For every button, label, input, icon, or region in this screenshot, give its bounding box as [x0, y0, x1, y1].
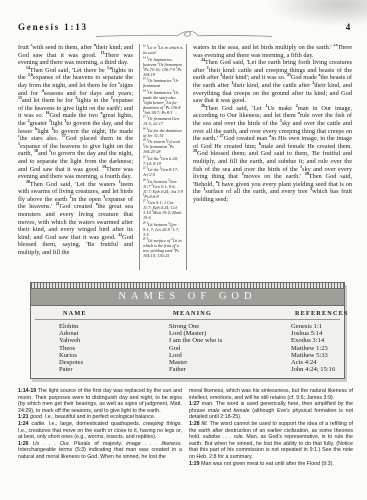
table-cell: Theos [59, 345, 169, 352]
scripture-columns: fruit cwith seed in them, after dtheir k… [18, 44, 352, 270]
column-header-meaning: MEANING [173, 310, 295, 317]
cross-reference-note: 26 1Lit heavens 2Gen 11:7 3Gen 5:1; 9:6;… [143, 179, 183, 199]
table-cell: Strong One [169, 323, 291, 330]
table-row: AdonaiLord (Master)Joshua 5:14 [59, 330, 336, 337]
column-header-references: REFERENCES [295, 310, 349, 317]
scripture-paragraph: 14Then God said, 'Let there be 1,alights… [18, 67, 133, 181]
table-row: PaterFatherJohn 4:24; 15:16 [59, 366, 336, 373]
scripture-paragraph: fruit cwith seed in them, after dtheir k… [18, 44, 133, 67]
table-header-row: NAME MEANING REFERENCES [35, 306, 340, 320]
page-number: 4 [346, 22, 352, 32]
study-note: 1:29 Man was not given meat to eat until… [189, 461, 353, 468]
table-row: TheosGodMatthew 1:23 [59, 345, 336, 352]
cross-reference-note: 27 1Gen 5:1; 1 Cor 11:7; Eph 4:24; Col 3… [143, 200, 183, 220]
table-cell: Elohim [59, 323, 169, 330]
running-head: Genesis 1:13 [18, 22, 88, 32]
table-cell: I am the One who is [169, 337, 291, 344]
table-body: ElohimStrong OneGenesis 1:1AdonaiLord (M… [31, 322, 344, 378]
table-cell: Lord (Master) [169, 330, 291, 337]
study-note: 1:21 good. I.e., beautiful and in perfec… [18, 414, 182, 421]
scripture-column-left: fruit cwith seed in them, after dtheir k… [18, 44, 133, 270]
bible-page: Genesis 1:13 4 fruit cwith seed in them,… [0, 0, 367, 500]
study-notes: 1:14-19 The light source of the first da… [18, 388, 353, 467]
study-notes-column-left: 1:14-19 The light source of the first da… [18, 388, 182, 467]
study-note: 1:27 man. The word is used generically h… [189, 401, 353, 421]
table-row: ElohimStrong OneGenesis 1:1 [59, 323, 336, 330]
cross-reference-note: 20 1Or swarm 2Lit soul 3Or firmament 4Ps… [143, 139, 183, 154]
scripture-paragraph: waters in the seas, and let birds multip… [193, 44, 352, 59]
table-cell: Exodus 3:14 [291, 337, 336, 344]
cross-reference-note: 12 1Lit tr 2Lit in which is its seed [143, 45, 183, 55]
table-cell: Yahweh [59, 337, 169, 344]
study-note: moral likeness, which was his sinlessnes… [189, 388, 353, 401]
names-of-god-table: NAMES OF GOD NAME MEANING REFERENCES Elo… [30, 282, 345, 379]
scripture-column-right: waters in the seas, and let birds multip… [193, 44, 352, 270]
table-cell: Adonai [59, 330, 169, 337]
cross-reference-note: 18 1Lit for the dominion of Jer 31:35 [143, 128, 183, 138]
study-note: 1:24 cattle. I.e., large, domesticated q… [18, 421, 182, 441]
table-cell: Despotes [59, 359, 169, 366]
scripture-paragraph: 20Then God said, 'Let the waters 1teem w… [18, 181, 133, 257]
table-cell: Master [169, 359, 291, 366]
study-note: 1:26 Us . . . Our. Plurals of majesty. i… [18, 441, 182, 461]
table-cell: Joshua 5:14 [291, 330, 336, 337]
table-cell: Father [169, 366, 291, 373]
table-cell: Pater [59, 366, 169, 373]
table-row: KuriosLordMatthew 5:33 [59, 352, 336, 359]
cross-reference-note: 17 1Or firmament Gen 15:5; 22:17 [143, 116, 183, 126]
table-cell: Genesis 1:1 [291, 323, 336, 330]
table-title: NAMES OF GOD [31, 289, 344, 306]
table-cell: John 4:24; 15:16 [291, 366, 336, 373]
table-row: YahwehI am the One who isExodus 3:14 [59, 337, 336, 344]
table-row: DespotesMasterActs 4:24 [59, 359, 336, 366]
scripture-paragraph: 24Then God said, 'Let the earth bring fo… [193, 59, 352, 105]
study-notes-column-right: moral likeness, which was his sinlessnes… [189, 388, 353, 467]
study-note: 1:28 fill. The word cannot be used to su… [189, 421, 353, 461]
cross-reference-note: 16 1Or luminaries 2Or made the stars als… [143, 90, 183, 115]
cross-reference-note: 28 1Lit heavens 2Gen 9:1, 7; Lev 26:9 31… [143, 222, 183, 237]
table-cell: Matthew 5:33 [291, 352, 336, 359]
cross-reference-note: 22 1Lit the 2Gen 8:17; Jer 2:5 [143, 167, 183, 177]
table-cell: Acts 4:24 [291, 359, 336, 366]
table-cell: Matthew 1:23 [291, 345, 336, 352]
cross-reference-note: 29 1Lit surface of 2Lit in which is the … [143, 238, 183, 258]
cross-reference-note: 14 1Or luminaries, heavens 2Or firmament… [143, 57, 183, 77]
table-cell: Lord [169, 352, 291, 359]
table-cell: Kurios [59, 352, 169, 359]
cross-reference-column: 12 1Lit tr 2Lit in which is its seed14 1… [139, 44, 187, 270]
cross-reference-note: 15 1Or luminaries 2Or firmament [143, 78, 183, 88]
scripture-paragraph: 26Then God said, 'Let 1Us make 2man in O… [193, 105, 352, 204]
study-note: 1:14-19 The light source of the first da… [18, 388, 182, 414]
column-header-name: NAME [63, 310, 173, 317]
cross-reference-note: 21 1Lit the 2Gen 6:20; 7:14; 8:19 [143, 156, 183, 166]
table-cell: God [169, 345, 291, 352]
